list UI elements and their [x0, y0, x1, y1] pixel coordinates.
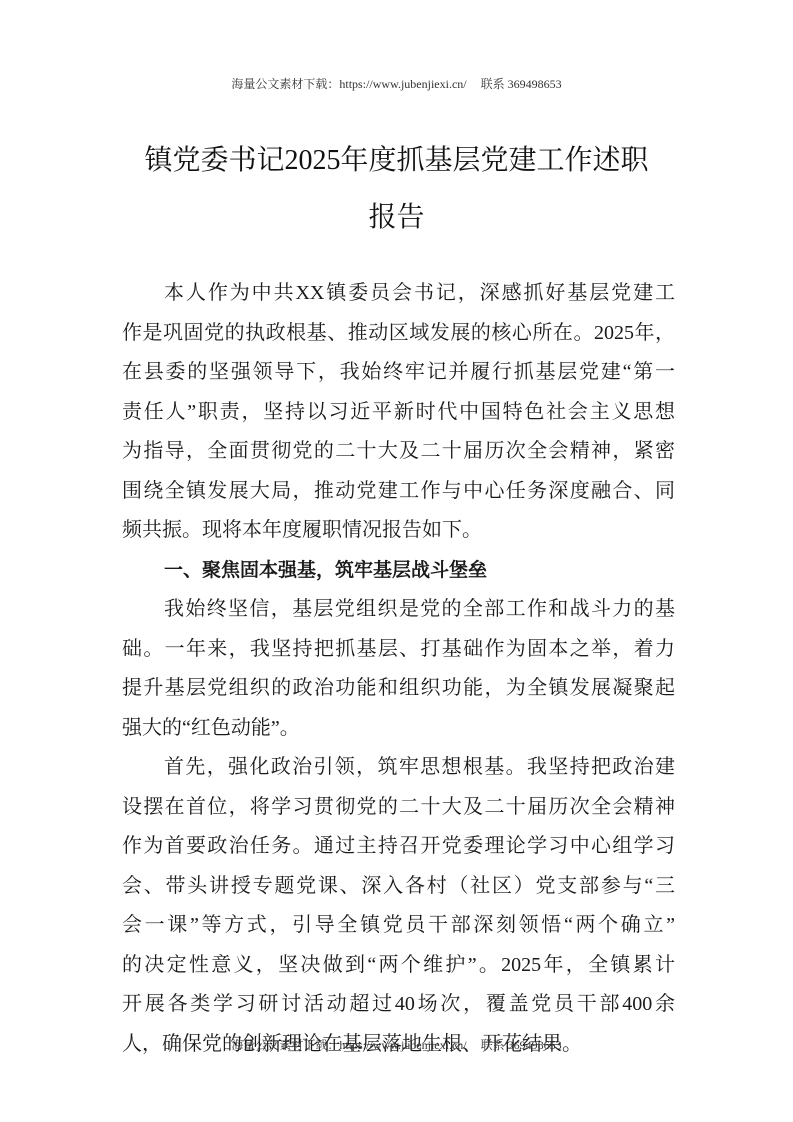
- header-download-label: 海量公文素材下载：: [231, 77, 339, 91]
- header-contact-number: 369498653: [508, 77, 562, 91]
- paragraph-line: 提升基层党组织的政治功能和组织功能，为全镇发展凝聚起: [122, 669, 675, 709]
- paragraph-line: 本人作为中共XX镇委员会书记，深感抓好基层党建工: [122, 274, 675, 314]
- paragraph-line: 责任人”职责，坚持以习近平新时代中国特色社会主义思想: [122, 393, 675, 433]
- footer-url-link[interactable]: https://www.jubenjiexi.cn/: [339, 1038, 466, 1052]
- footer-download-label: 海量公文素材下载：: [231, 1038, 339, 1052]
- paragraph-line: 我始终坚信，基层党组织是党的全部工作和战斗力的基: [122, 590, 675, 630]
- paragraph-line: 设摆在首位，将学习贯彻党的二十大及二十届历次全会精神: [122, 788, 675, 828]
- header-contact-label: 联系: [481, 77, 505, 91]
- section-heading: 一、聚焦固本强基，筑牢基层战斗堡垒: [122, 551, 675, 591]
- paragraph-line: 开展各类学习研讨活动超过40场次，覆盖党员干部400余: [122, 985, 675, 1025]
- paragraph-line: 首先，强化政治引领，筑牢思想根基。我坚持把政治建: [122, 748, 675, 788]
- document-body: 本人作为中共XX镇委员会书记，深感抓好基层党建工 作是巩固党的执政根基、推动区域…: [122, 274, 675, 1064]
- page-footer: 海量公文素材下载：https://www.jubenjiexi.cn/联系 36…: [0, 1036, 793, 1053]
- header-url-link[interactable]: https://www.jubenjiexi.cn/: [339, 77, 466, 91]
- footer-contact-label: 联系: [481, 1038, 505, 1052]
- paragraph-line: 频共振。现将本年度履职情况报告如下。: [122, 511, 675, 551]
- paragraph-line: 作是巩固党的执政根基、推动区域发展的核心所在。2025年，: [122, 314, 675, 354]
- document-title: 镇党委书记2025年度抓基层党建工作述职 报告: [100, 132, 693, 246]
- paragraph-line: 在县委的坚强领导下，我始终牢记并履行抓基层党建“第一: [122, 353, 675, 393]
- paragraph-line: 础。一年来，我坚持把抓基层、打基础作为固本之举，着力: [122, 630, 675, 670]
- page-header: 海量公文素材下载：https://www.jubenjiexi.cn/联系 36…: [0, 75, 793, 92]
- title-line-2: 报告: [100, 189, 693, 246]
- footer-contact-number: 369498653: [508, 1038, 562, 1052]
- paragraph-line: 围绕全镇发展大局，推动党建工作与中心任务深度融合、同: [122, 472, 675, 512]
- paragraph-line: 为指导，全面贯彻党的二十大及二十届历次全会精神，紧密: [122, 432, 675, 472]
- paragraph-line: 会、带头讲授专题党课、深入各村（社区）党支部参与“三: [122, 867, 675, 907]
- paragraph-line: 作为首要政治任务。通过主持召开党委理论学习中心组学习: [122, 827, 675, 867]
- paragraph-line: 的决定性意义，坚决做到“两个维护”。2025年，全镇累计: [122, 946, 675, 986]
- paragraph-line: 强大的“红色动能”。: [122, 709, 675, 749]
- title-line-1: 镇党委书记2025年度抓基层党建工作述职: [100, 132, 693, 189]
- paragraph-line: 会一课”等方式，引导全镇党员干部深刻领悟“两个确立”: [122, 906, 675, 946]
